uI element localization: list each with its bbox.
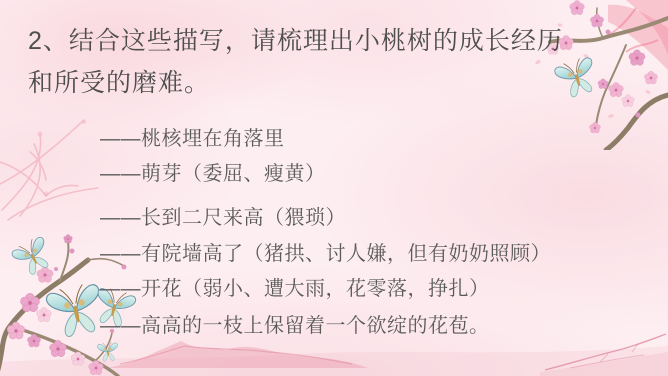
list-item: ——开花（弱小、遭大雨，花零落，挣扎） — [100, 278, 551, 300]
orchid-sketch-icon — [0, 92, 115, 222]
butterfly-icon — [97, 342, 119, 362]
butterfly-icon — [10, 235, 55, 279]
list-item: ——长到二尺来高（猥琐） — [100, 207, 551, 229]
slide-background: 2、结合这些描写，请梳理出小桃树的成长经历 和所受的磨难。 ——桃核埋在角落里 … — [0, 0, 668, 376]
list-item: ——桃核埋在角落里 — [100, 128, 551, 150]
title-line-2: 和所受的磨难。 — [28, 62, 628, 104]
page-title: 2、结合这些描写，请梳理出小桃树的成长经历 和所受的磨难。 — [28, 20, 628, 104]
list-item: ——高高的一枝上保留着一个欲绽的花苞。 — [100, 315, 551, 337]
butterfly-icon — [45, 281, 107, 339]
list-item: ——萌芽（委屈、瘦黄） — [100, 163, 551, 185]
title-line-1: 2、结合这些描写，请梳理出小桃树的成长经历 — [28, 20, 628, 62]
list-item: ——有院墙高了（猪拱、讨人嫌，但有奶奶照顾） — [100, 243, 551, 265]
growth-stages-list: ——桃核埋在角落里 ——萌芽（委屈、瘦黄） ——长到二尺来高（猥琐） ——有院墙… — [100, 128, 551, 337]
